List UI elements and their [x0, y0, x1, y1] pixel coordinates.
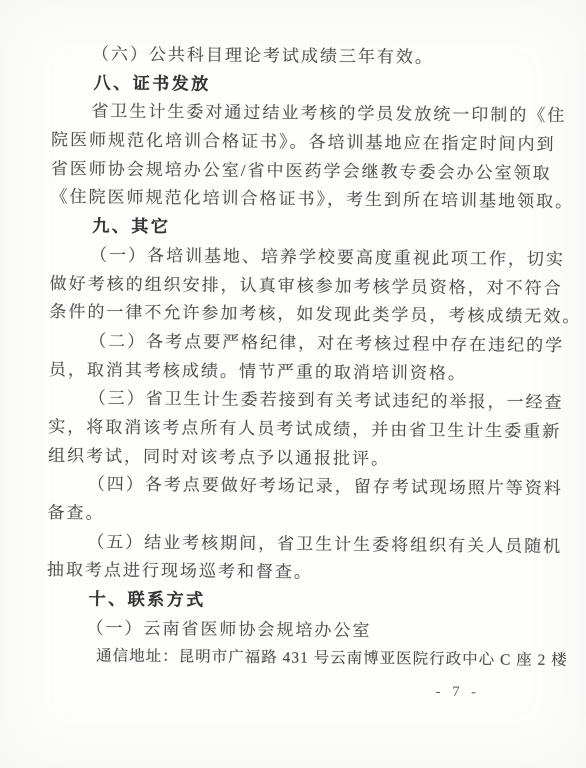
text-line: 院医师规范化培训合格证书》。各培训基地应在指定时间内到 — [51, 126, 571, 160]
text-line: （一）各培训基地、培养学校要高度重视此项工作，切实 — [50, 241, 570, 275]
section-heading: 十、联系方式 — [47, 585, 567, 619]
text-line: 实，将取消该考点所有人员考试成绩，并由省卫生计生委重新 — [48, 413, 568, 447]
page-number: - 7 - — [436, 684, 480, 701]
scan-skew-layer: （六）公共科目理论考试成绩三年有效。八、证书发放省卫生计生委对通过结业考核的学员… — [0, 0, 586, 768]
text-line: （四）各考点要做好考场记录，留存考试现场照片等资料 — [48, 470, 568, 504]
text-line: （六）公共科目理论考试成绩三年有效。 — [52, 40, 572, 74]
text-line: （二）各考点要严格纪律，对在考核过程中存在违纪的学 — [49, 327, 569, 361]
scanned-document-page: （六）公共科目理论考试成绩三年有效。八、证书发放省卫生计生委对通过结业考核的学员… — [0, 0, 586, 768]
document-text-block: （六）公共科目理论考试成绩三年有效。八、证书发放省卫生计生委对通过结业考核的学员… — [46, 40, 572, 676]
text-line: 通信地址：昆明市广福路 431 号云南博亚医院行政中心 C 座 2 楼 — [46, 643, 566, 677]
